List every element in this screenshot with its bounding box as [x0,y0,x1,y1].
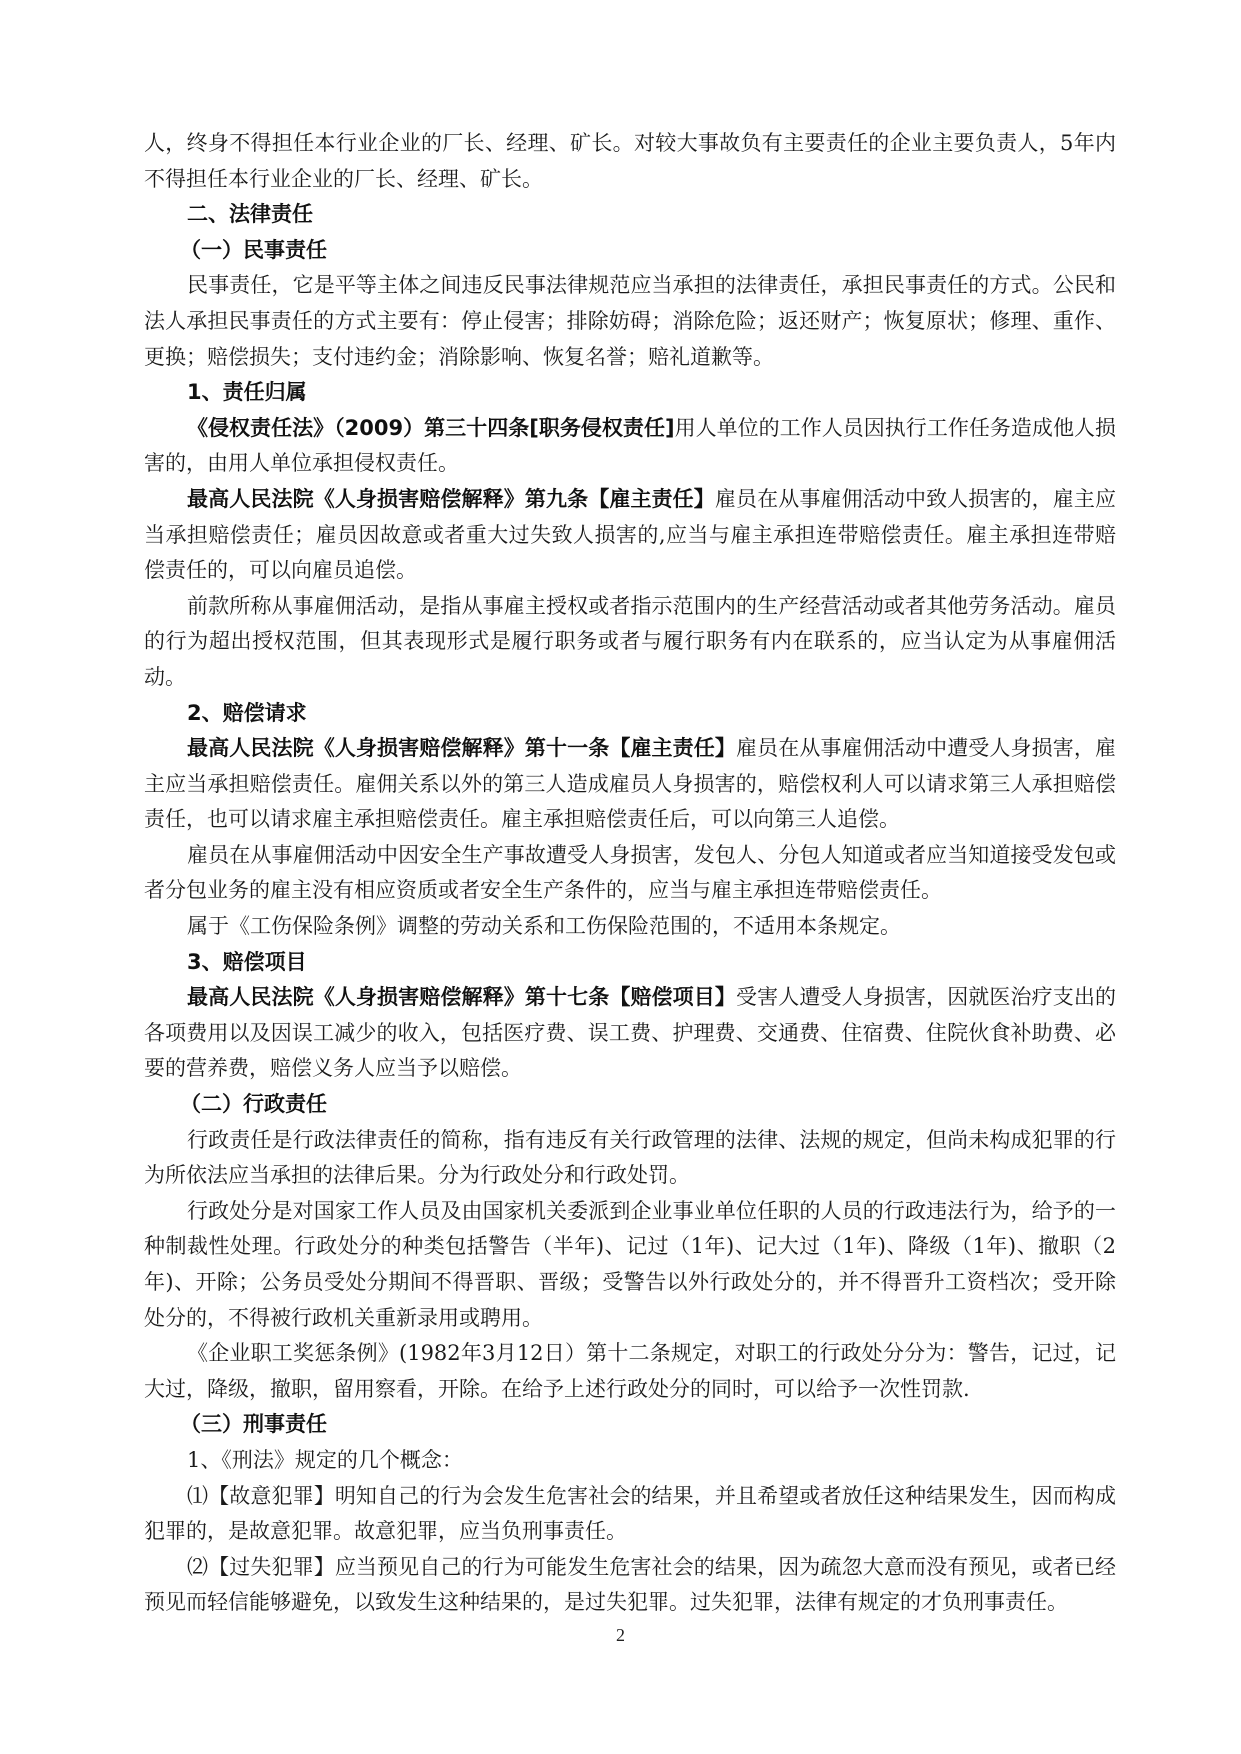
heading-liability-attribution: 1、责任归属 [144,375,1116,411]
paragraph-negligent-crime: ⑵【过失犯罪】应当预见自己的行为可能发生危害社会的结果，因为疏忽大意而没有预见，… [144,1550,1116,1621]
section-heading-legal-liability: 二、法律责任 [144,197,1116,233]
subsection-heading-administrative-liability: （二）行政责任 [144,1087,1116,1123]
subsection-heading-criminal-liability: （三）刑事责任 [144,1407,1116,1443]
paragraph-intentional-crime: ⑴【故意犯罪】明知自己的行为会发生危害社会的结果，并且希望或者放任这种结果发生，… [144,1479,1116,1550]
subsection-heading-civil-liability: （一）民事责任 [144,233,1116,269]
article-citation: 最高人民法院《人身损害赔偿解释》第九条【雇主责任】 [187,487,715,511]
paragraph-article-9: 最高人民法院《人身损害赔偿解释》第九条【雇主责任】雇员在从事雇佣活动中致人损害的… [144,482,1116,589]
paragraph-administrative-liability: 行政责任是行政法律责任的简称，指有违反有关行政管理的法律、法规的规定，但尚未构成… [144,1123,1116,1194]
heading-compensation-items: 3、赔偿项目 [144,945,1116,981]
paragraph-tort-law-article-34: 《侵权责任法》（2009）第三十四条[职务侵权责任]用人单位的工作人员因执行工作… [144,411,1116,482]
page-number: 2 [0,1625,1241,1646]
paragraph-joint-liability: 雇员在从事雇佣活动中因安全生产事故遭受人身损害，发包人、分包人知道或者应当知道接… [144,838,1116,909]
article-citation: 最高人民法院《人身损害赔偿解释》第十七条【赔偿项目】 [187,985,736,1009]
paragraph-continuation: 人，终身不得担任本行业企业的厂长、经理、矿长。对较大事故负有主要责任的企业主要负… [144,126,1116,197]
article-citation: 《侵权责任法》（2009）第三十四条[职务侵权责任] [187,416,675,440]
paragraph-criminal-law-concepts: 1、《刑法》规定的几个概念： [144,1443,1116,1479]
paragraph-employment-activity: 前款所称从事雇佣活动，是指从事雇主授权或者指示范围内的生产经营活动或者其他劳务活… [144,589,1116,696]
article-citation: 最高人民法院《人身损害赔偿解释》第十一条【雇主责任】 [187,736,736,760]
paragraph-civil-liability: 民事责任，它是平等主体之间违反民事法律规范应当承担的法律责任，承担民事责任的方式… [144,268,1116,375]
paragraph-work-injury-exclusion: 属于《工伤保险条例》调整的劳动关系和工伤保险范围的，不适用本条规定。 [144,909,1116,945]
heading-compensation-claim: 2、赔偿请求 [144,696,1116,732]
document-page: 人，终身不得担任本行业企业的厂长、经理、矿长。对较大事故负有主要责任的企业主要负… [144,126,1116,1621]
paragraph-administrative-sanctions: 行政处分是对国家工作人员及由国家机关委派到企业事业单位任职的人员的行政违法行为，… [144,1194,1116,1336]
paragraph-article-17: 最高人民法院《人身损害赔偿解释》第十七条【赔偿项目】受害人遭受人身损害，因就医治… [144,980,1116,1087]
paragraph-article-11: 最高人民法院《人身损害赔偿解释》第十一条【雇主责任】雇员在从事雇佣活动中遭受人身… [144,731,1116,838]
paragraph-employee-regulations: 《企业职工奖惩条例》(1982年3月12日）第十二条规定，对职工的行政处分分为：… [144,1336,1116,1407]
